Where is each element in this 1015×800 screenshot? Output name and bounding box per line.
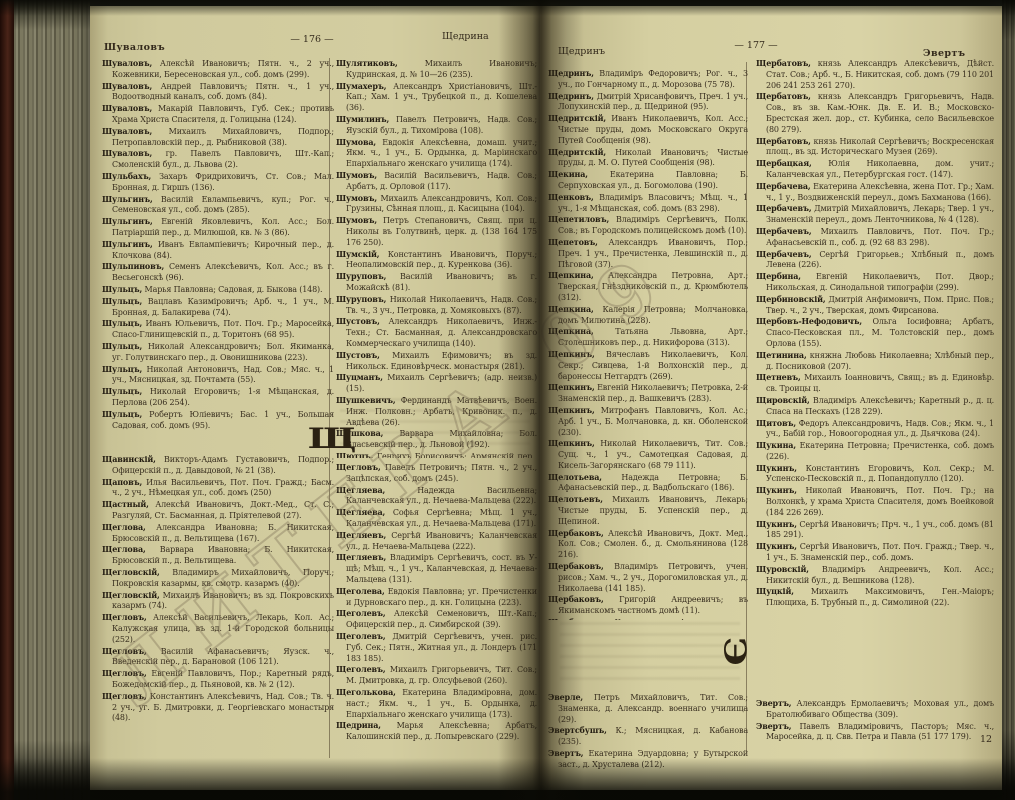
directory-entry: Щербатовъ, князь Николай Сергѣевичъ; Вос…: [756, 136, 994, 159]
directory-entry: Щербатовъ, князь Александръ Григорьевичъ…: [756, 91, 994, 135]
entry-details: Марья Павловна; Садовая, д. Быкова (148)…: [145, 285, 323, 294]
entry-surname: Шульцъ,: [102, 318, 142, 328]
entry-surname: Щедритскій,: [548, 113, 606, 123]
entry-surname: Шумилинъ,: [336, 114, 389, 124]
directory-entry: Щепкина, Татьяна Львовна, Арт.; Столешни…: [548, 326, 748, 349]
directory-entry: Щедритскій, Николай Ивановичъ; Чистые пр…: [548, 147, 748, 170]
entry-details: Сергѣй Ивановичъ, Пот. Поч. Гражд.; Твер…: [766, 542, 994, 562]
directory-entry: Щегловъ, Константинъ Алексѣевичъ, Над. С…: [102, 691, 334, 724]
entry-surname: Щедринъ,: [548, 68, 594, 78]
column-4-section-e: Эвертъ, Александръ Ермолаевичъ; Моховая …: [756, 698, 994, 760]
entry-surname: Шульцъ,: [102, 284, 142, 294]
directory-entry: Шуруповъ, Николай Николаевичъ, Надв. Сов…: [336, 294, 537, 317]
section-letter-e: Э: [716, 637, 751, 666]
entry-surname: Шумовъ,: [336, 193, 377, 203]
column-1-section-shch: Щавинскій, Викторъ-Адамъ Густавовичъ, По…: [102, 454, 334, 776]
directory-entry: Щавинскій, Викторъ-Адамъ Густавовичъ, По…: [102, 454, 334, 477]
directory-entry: Щегловскій, Михаилъ Ивановичъ; въ зд. По…: [102, 590, 334, 613]
directory-entry: Щепкинъ, Николай Николаевичъ, Тит. Сов.;…: [548, 438, 748, 471]
sheet-signature-number: 12: [980, 734, 992, 745]
directory-entry: Эвертъ, Александръ Ермолаевичъ; Моховая …: [756, 698, 994, 721]
directory-entry: Шульпиновъ, Семенъ Алексѣевичъ, Кол. Асс…: [102, 261, 334, 284]
entry-details: Екатерина Петровна; Пречистенка, соб. до…: [766, 441, 994, 461]
directory-entry: Щукинъ, Константинъ Егоровичъ, Кол. Секр…: [756, 463, 994, 486]
entry-surname: Щировскій,: [756, 395, 810, 405]
directory-entry: Щетинина, княжна Любовь Николаевна; Хлѣб…: [756, 350, 994, 373]
directory-entry: Шуцманъ, Михаилъ Сергѣевичъ; (адр. неизв…: [336, 372, 537, 395]
directory-entry: Шуруповъ, Василій Ивановичъ; въ г. Можай…: [336, 271, 537, 294]
directory-entry: Шульцъ, Николай Александровичъ; Бол. Яки…: [102, 341, 334, 364]
directory-entry: Шустовъ, Михаилъ Ефимовичъ; въ зд. Никол…: [336, 350, 537, 373]
entry-surname: Щепкинъ,: [548, 382, 595, 392]
entry-surname: Шумахеръ,: [336, 81, 386, 91]
entry-surname: Шумова,: [336, 137, 376, 147]
directory-entry: Щуцкій, Михаилъ Максимовичъ, Ген.-Маіоръ…: [756, 586, 994, 609]
directory-entry: Щукинъ, Николай Ивановичъ, Пот. Поч. Гр.…: [756, 485, 994, 518]
entry-surname: Щегловскій,: [102, 590, 160, 600]
entry-surname: Шульгинъ,: [102, 216, 153, 226]
directory-entry: Щепетовъ, Александръ Ивановичъ, Пор.; Пр…: [548, 237, 748, 270]
directory-entry: Щеголевъ, Алексѣй Семеновичъ, Шт.-Кап.; …: [336, 608, 537, 631]
book-scan-photo: { "document": { "watermark": "ЛИТЕРА 09"…: [0, 0, 1015, 800]
directory-entry: Щербачевъ, Михаилъ Павловичъ, Пот. Поч. …: [756, 226, 994, 249]
directory-entry: Шуваловъ, Андрей Павловичъ; Пятн. ч., 1 …: [102, 81, 334, 104]
entry-surname: Щаповъ,: [102, 477, 142, 487]
directory-entry: Щенковъ, Владиміръ Власовичъ; Мѣщ. ч., 1…: [548, 192, 748, 215]
entry-surname: Шульцъ,: [102, 386, 142, 396]
entry-surname: Щербаковъ,: [548, 617, 604, 620]
directory-entry: Щербовъ-Нефодовичъ, Ольга Іосифовна; Арб…: [756, 316, 994, 349]
directory-entry: Шустовъ, Александръ Николаевичъ, Инж.-Те…: [336, 316, 537, 349]
entry-details: Сергѣй Ивановичъ; Прч. ч., 1 уч., соб. д…: [766, 520, 994, 540]
entry-surname: Шустовъ,: [336, 350, 380, 360]
entry-surname: Щербаковъ,: [548, 594, 604, 604]
directory-entry: Щегловскій, Владимиръ Михайловичъ, Поруч…: [102, 567, 334, 590]
entry-details: Михаилъ Максимовичъ, Ген.-Маіоръ; Плющих…: [766, 587, 994, 607]
entry-surname: Шульбахъ,: [102, 171, 151, 181]
directory-entry: Щербачевъ, Сергѣй Григорьев.; Хлѣбный п.…: [756, 249, 994, 272]
column-2-section-shch: Щегловъ, Павелъ Петровичъ; Пятн. ч., 2 у…: [336, 462, 537, 762]
entry-surname: Щепкинъ,: [548, 349, 595, 359]
entry-surname: Эвертсбушъ,: [548, 725, 607, 735]
directory-entry: Шульгинъ, Евгеній Яковлевичъ, Кол. Асс.;…: [102, 216, 334, 239]
directory-entry: Эвертсбушъ, К.; Мясницкая, д. Кабанова (…: [548, 725, 748, 748]
directory-entry: Шульбахъ, Захаръ Фридриховичъ, Ст. Сов.;…: [102, 171, 334, 194]
entry-details: Николай Антоновичъ, Над. Сов.; Мяс. ч., …: [112, 365, 334, 385]
directory-entry: Щеголькова, Екатерина Владиміровна, дом.…: [336, 687, 537, 720]
entry-surname: Щепетовъ,: [548, 237, 598, 247]
directory-entry: Щетневъ, Михаилъ Іоанновичъ, Свящ.; въ д…: [756, 372, 994, 395]
entry-surname: Щербаковъ,: [548, 528, 604, 538]
directory-entry: Щеголевъ, Михаилъ Григорьевичъ, Тит. Сов…: [336, 664, 537, 687]
entry-surname: Щегляева,: [336, 507, 385, 517]
entry-surname: Шуваловъ,: [102, 81, 152, 91]
directory-entry: Щепетиловъ, Владиміръ Сергѣевичъ, Полк. …: [548, 214, 748, 237]
entry-details: Евгеній Николаевичъ, Пот. Двор.; Никольс…: [766, 272, 994, 292]
directory-entry: Шумилинъ, Павелъ Петровичъ, Надв. Сов.; …: [336, 114, 537, 137]
directory-entry: Щегляевъ, Владиміръ Сергѣевичъ, сост. въ…: [336, 552, 537, 585]
entry-surname: Щетневъ,: [756, 372, 801, 382]
entry-surname: Щеглова,: [102, 522, 146, 532]
entry-surname: Шуруповъ,: [336, 271, 386, 281]
directory-entry: Шуваловъ, Михаилъ Михайловичъ, Подпор.; …: [102, 126, 334, 149]
entry-surname: Шуваловъ,: [102, 103, 152, 113]
directory-entry: Щаповъ, Илья Васильевичъ, Пот. Поч. Граж…: [102, 477, 334, 500]
entry-surname: Щенковъ,: [548, 192, 594, 202]
directory-entry: Шумовъ, Михаилъ Александровичъ, Кол. Сов…: [336, 193, 537, 216]
directory-entry: Щепкинъ, Митрофанъ Павловичъ, Кол. Ас.; …: [548, 405, 748, 438]
directory-entry: Шушкевичъ, Фердинандъ Матвѣевичъ, Воен. …: [336, 395, 537, 428]
entry-surname: Шуваловъ,: [102, 126, 152, 136]
running-head-left-keyword: Шуваловъ: [104, 42, 165, 53]
directory-entry: Щепкина, Калерія Петровна; Молчановка, д…: [548, 304, 748, 327]
entry-surname: Щелотьева,: [548, 472, 602, 482]
entry-surname: Щавинскій,: [102, 454, 156, 464]
book-spine: [0, 0, 14, 800]
entry-surname: Шульгинъ,: [102, 194, 153, 204]
entry-surname: Щегловскій,: [102, 567, 160, 577]
directory-entry: Шульцъ, Николай Антоновичъ, Над. Сов.; М…: [102, 364, 334, 387]
directory-entry: Щербаковъ, Григорій Андреевичъ; въ Якима…: [548, 594, 748, 617]
entry-surname: Щербатовъ,: [756, 58, 811, 68]
directory-entry: Шульцъ, Вацлавъ Казиміровичъ; Арб. ч., 1…: [102, 296, 334, 319]
entry-surname: Щегловъ,: [102, 646, 147, 656]
entry-surname: Щербаковъ,: [548, 561, 604, 571]
directory-entry: Щукина, Екатерина Петровна; Пречистенка,…: [756, 440, 994, 463]
section-letter-shch: Щ: [308, 422, 357, 455]
directory-entry: Шумовъ, Петръ Степановичъ, Свящ. при ц. …: [336, 215, 537, 248]
directory-entry: Щегловъ, Евгеній Павловичъ, Пор.; Каретн…: [102, 668, 334, 691]
entry-details: Николай Ивановичъ, Пот. Поч. Гр.; на Вол…: [766, 486, 994, 517]
directory-entry: Щукинъ, Сергѣй Ивановичъ; Прч. ч., 1 уч.…: [756, 519, 994, 542]
entry-surname: Щепкинъ,: [548, 405, 595, 415]
entry-surname: Щетинина,: [756, 350, 807, 360]
entry-surname: Шульцъ,: [102, 296, 142, 306]
entry-surname: Эвертъ,: [548, 748, 583, 758]
entry-surname: Эверле,: [548, 692, 583, 702]
directory-entry: Шульцъ, Марья Павловна; Садовая, д. Быко…: [102, 284, 334, 296]
directory-entry: Шульгинъ, Василій Евлампьевичъ, куп.; Ро…: [102, 194, 334, 217]
directory-entry: Щепкинъ, Вячеславъ Николаевичъ, Кол. Сек…: [548, 349, 748, 382]
directory-entry: Шумова, Евдокія Алексѣевна, домаш. учит.…: [336, 137, 537, 170]
entry-surname: Шуцманъ,: [336, 372, 383, 382]
entry-surname: Щеголева,: [336, 586, 385, 596]
column-3-section-e: Эверле, Петръ Михайловичъ, Тит. Сов.; Зн…: [548, 692, 748, 780]
directory-entry: Щукинъ, Сергѣй Ивановичъ, Пот. Поч. Граж…: [756, 541, 994, 564]
entry-surname: Шуваловъ,: [102, 148, 152, 158]
directory-entry: Щелотьевъ, Михаилъ Ивановичъ, Лекарь; Чи…: [548, 494, 748, 527]
directory-entry: Щербацкая, Юлія Николаевна, дом. учит.; …: [756, 158, 994, 181]
directory-entry: Шушкова, Варвара Михайловна; Бол. Власье…: [336, 428, 537, 451]
entry-surname: Шумовъ,: [336, 170, 377, 180]
directory-entry: Эвертъ, Екатерина Эдуардовна; у Бутырско…: [548, 748, 748, 771]
directory-entry: Щедрина, Марья Алексѣевна; Арбатъ, Калош…: [336, 720, 537, 743]
entry-surname: Щегляева,: [336, 485, 385, 495]
directory-entry: Щеглова, Варвара Ивановна; Б. Никитская,…: [102, 544, 334, 567]
page-176: Шуваловъ — 176 — Щедрина Шуваловъ, Алекс…: [90, 6, 540, 790]
entry-details: Павелъ Владиміровичъ, Пасторъ; Мяс. ч., …: [766, 722, 994, 742]
entry-surname: Щеголевъ,: [336, 631, 386, 641]
entry-surname: Щуцкій,: [756, 586, 794, 596]
directory-entry: Щербачева, Екатерина Алексѣевна, жена По…: [756, 181, 994, 204]
entry-surname: Щедрина,: [336, 720, 381, 730]
directory-entry: Щеголевъ, Дмитрій Сергѣевичъ, учен. рис.…: [336, 631, 537, 664]
directory-entry: Щепкина, Александра Петровна, Арт.; Твер…: [548, 270, 748, 303]
entry-surname: Щеголевъ,: [336, 664, 386, 674]
directory-entry: Шумахеръ, Александръ Христіановичъ, Шт.-…: [336, 81, 537, 114]
entry-details: Николай Егоровичъ; 1-я Мѣщанская, д. Пер…: [112, 387, 334, 407]
directory-entry: Шульцъ, Николай Егоровичъ; 1-я Мѣщанская…: [102, 386, 334, 409]
directory-entry: Щегляевъ, Сергѣй Ивановичъ; Каланчевская…: [336, 530, 537, 553]
entry-details: Генрихъ Борисовичъ; Армянскій пер., дом.…: [346, 452, 537, 458]
entry-surname: Щегляевъ,: [336, 552, 386, 562]
directory-entry: Щегловъ, Алексѣй Васильевичъ, Лекарь, Ко…: [102, 612, 334, 645]
entry-surname: Щегловъ,: [102, 612, 147, 622]
directory-entry: Щегляева, Надежда Васильевна; Каланчевск…: [336, 485, 537, 508]
bleed-through-text: [560, 622, 740, 682]
entry-surname: Шульгинъ,: [102, 239, 153, 249]
directory-entry: Щербаковъ, Константинъ Александровичъ Ар…: [548, 617, 748, 620]
column-rule: [329, 58, 330, 758]
entry-surname: Шуруповъ,: [336, 294, 386, 304]
entry-surname: Шумскій,: [336, 249, 379, 259]
running-head-page-number: — 177 —: [706, 40, 806, 51]
directory-entry: Щегловъ, Василій Афанасьевичъ; Яузск. ч.…: [102, 646, 334, 669]
page-edges-left: [14, 0, 90, 800]
directory-entry: Щербачевъ, Дмитрій Михайловичъ, Лекарь; …: [756, 203, 994, 226]
directory-entry: Шульгинъ, Иванъ Евлампіевичъ; Кирочный п…: [102, 239, 334, 262]
directory-entry: Щербина, Евгеній Николаевичъ, Пот. Двор.…: [756, 271, 994, 294]
entry-surname: Щастный,: [102, 499, 149, 509]
entry-surname: Щукинъ,: [756, 519, 797, 529]
directory-entry: Щербаковъ, Владиміръ Петровичъ, учен. ри…: [548, 561, 748, 594]
directory-entry: Шулятиковъ, Михаилъ Ивановичъ; Кудринска…: [336, 58, 537, 81]
entry-surname: Щепкина,: [548, 326, 594, 336]
entry-surname: Шушкевичъ,: [336, 395, 396, 405]
entry-surname: Шустовъ,: [336, 316, 380, 326]
entry-surname: Шулятиковъ,: [336, 58, 398, 68]
directory-entry: Щеголева, Евдокія Павловна; уг. Пречисте…: [336, 586, 537, 609]
directory-entry: Шуваловъ, Алексѣй Ивановичъ; Пятн. ч., 2…: [102, 58, 334, 81]
directory-entry: Шуваловъ, гр. Павелъ Павловичъ, Шт.-Кап.…: [102, 148, 334, 171]
entry-surname: Щукинъ,: [756, 463, 797, 473]
entry-surname: Щербатовъ,: [756, 91, 811, 101]
entry-surname: Шульцъ,: [102, 341, 142, 351]
directory-entry: Щастный, Алексѣй Ивановичъ, Докт.-Мед., …: [102, 499, 334, 522]
entry-surname: Щукинъ,: [756, 541, 797, 551]
directory-entry: Шумовъ, Василій Васильевичъ, Надв. Сов.;…: [336, 170, 537, 193]
directory-entry: Щедритскій, Иванъ Николаевичъ, Кол. Асс.…: [548, 113, 748, 146]
entry-surname: Эвертъ,: [756, 698, 791, 708]
entry-surname: Щукина,: [756, 440, 796, 450]
column-1-section-sh: Шуваловъ, Алексѣй Ивановичъ; Пятн. ч., 2…: [102, 58, 334, 452]
directory-entry: Щербаковъ, Алексѣй Ивановичъ, Докт. Мед.…: [548, 528, 748, 561]
directory-entry: Эверле, Петръ Михайловичъ, Тит. Сов.; Зн…: [548, 692, 748, 725]
entry-surname: Шумовъ,: [336, 215, 377, 225]
entry-surname: Шульцъ,: [102, 409, 142, 419]
entry-surname: Щегляевъ,: [336, 530, 386, 540]
directory-entry: Шульцъ, Робертъ Юліевичъ; Бас. 1 уч., Бо…: [102, 409, 334, 432]
entry-details: Александръ Ермолаевичъ; Моховая ул., дом…: [766, 699, 994, 719]
entry-surname: Щуровскій,: [756, 564, 809, 574]
entry-details: Екатерина Эдуардовна; у Бутырской заст.,…: [558, 749, 748, 769]
page-edges-right: [1002, 0, 1015, 800]
entry-surname: Щелотьевъ,: [548, 494, 603, 504]
running-head-left-keyword: Щедринъ: [558, 46, 605, 57]
directory-entry: Щегловъ, Павелъ Петровичъ; Пятн. ч., 2 у…: [336, 462, 537, 485]
entry-surname: Эвертъ,: [756, 721, 791, 731]
entry-surname: Щекина,: [548, 169, 588, 179]
directory-entry: Щуровскій, Владиміръ Андреевичъ, Кол. Ас…: [756, 564, 994, 587]
entry-surname: Шульцъ,: [102, 364, 142, 374]
entry-details: Илья Васильевичъ, Пот. Поч. Гражд.; Басм…: [112, 478, 334, 498]
entry-surname: Щепетиловъ,: [548, 214, 609, 224]
entry-details: Петръ Михайловичъ, Тит. Сов.; Знаменка, …: [558, 693, 748, 724]
directory-entry: Щитовъ, Федоръ Александровичъ, Надв. Сов…: [756, 418, 994, 441]
entry-surname: Щербина,: [756, 271, 801, 281]
entry-surname: Щегловъ,: [102, 691, 147, 701]
directory-entry: Щировскій, Владиміръ Алексѣевичъ; Каретн…: [756, 395, 994, 418]
entry-surname: Щербачевъ,: [756, 226, 811, 236]
directory-entry: Щекина, Екатерина Павловна; Б. Серпуховс…: [548, 169, 748, 192]
entry-surname: Шуваловъ,: [102, 58, 152, 68]
directory-entry: Щеглова, Александра Ивановна; Б. Никитск…: [102, 522, 334, 545]
entry-details: Михаилъ Іоанновичъ, Свящ.; въ д. Единовѣ…: [766, 373, 994, 393]
entry-surname: Щедритскій,: [548, 147, 606, 157]
directory-entry: Щедринъ, Дмитрій Хрисанфовичъ, Преч. 1 у…: [548, 91, 748, 114]
page-177: Щедринъ — 177 — Эвертъ Щедринъ, Владимір…: [540, 6, 1002, 790]
entry-surname: Щеглова,: [102, 544, 146, 554]
entry-surname: Щедринъ,: [548, 91, 594, 101]
entry-surname: Щитовъ,: [756, 418, 796, 428]
directory-entry: Щепкинъ, Евгеній Николаевичъ; Петровка, …: [548, 382, 748, 405]
entry-surname: Щепкинъ,: [548, 438, 595, 448]
entry-details: Вацлавъ Казиміровичъ; Арб. ч., 1 уч., М.…: [112, 297, 334, 317]
entry-surname: Щепкина,: [548, 304, 594, 314]
column-2-section-sh: Шулятиковъ, Михаилъ Ивановичъ; Кудринска…: [336, 58, 537, 458]
entry-surname: Щукинъ,: [756, 485, 797, 495]
entry-surname: Щербачева,: [756, 181, 811, 191]
entry-surname: Щербачевъ,: [756, 203, 811, 213]
directory-entry: Шуваловъ, Макарій Павловичъ, Губ. Сек.; …: [102, 103, 334, 126]
running-head-right-keyword: Щедрина: [442, 31, 489, 42]
directory-entry: Щегляева, Софья Сергѣевна; Мѣщ. 1 уч., К…: [336, 507, 537, 530]
directory-entry: Щербатовъ, князь Александръ Алексѣевичъ,…: [756, 58, 994, 91]
entry-surname: Шульпиновъ,: [102, 261, 164, 271]
directory-entry: Щедринъ, Владиміръ Федоровичъ; Рог. ч., …: [548, 68, 748, 91]
entry-surname: Щегловъ,: [336, 462, 381, 472]
directory-entry: Шульцъ, Иванъ Юльевичъ, Пот. Поч. Гр.; М…: [102, 318, 334, 341]
entry-details: Иванъ Юльевичъ, Пот. Поч. Гр.; Маросейка…: [112, 319, 334, 339]
entry-details: Робертъ Юліевичъ; Бас. 1 уч., Большая Са…: [112, 410, 334, 430]
entry-details: Александра Ивановна; Б. Никитская, Брюсо…: [112, 523, 334, 543]
directory-entry: Эвертъ, Павелъ Владиміровичъ, Пасторъ; М…: [756, 721, 994, 744]
directory-entry: Шумскій, Константинъ Ивановичъ, Поруч.; …: [336, 249, 537, 272]
directory-entry: Щелотьева, Надежда Петровна; Б. Афанасье…: [548, 472, 748, 495]
entry-surname: Щербовъ-Нефодовичъ,: [756, 316, 862, 326]
entry-surname: Щербацкая,: [756, 158, 812, 168]
entry-surname: Щербатовъ,: [756, 136, 811, 146]
entry-details: Варвара Ивановна; Б. Никитская, Брюсовск…: [112, 545, 334, 565]
column-4-section-shch: Щербатовъ, князь Александръ Алексѣевичъ,…: [756, 58, 994, 678]
entry-surname: Щербачевъ,: [756, 249, 811, 259]
entry-surname: Щербиновскій,: [756, 294, 826, 304]
entry-details: Константинъ Егоровичъ, Кол. Секр.; М. Ус…: [766, 464, 994, 484]
directory-entry: Щербиновскій, Дмитрій Анфимовичъ, Пом. П…: [756, 294, 994, 317]
entry-surname: Щеголевъ,: [336, 608, 386, 618]
running-head-page-number: — 176 —: [262, 34, 362, 45]
column-3-section-shch: Щедринъ, Владиміръ Федоровичъ; Рог. ч., …: [548, 68, 748, 620]
entry-details: Николай Александровичъ; Бол. Якиманка, у…: [112, 342, 334, 362]
entry-surname: Щеголькова,: [336, 687, 396, 697]
entry-surname: Щепкина,: [548, 270, 594, 280]
entry-surname: Щегловъ,: [102, 668, 147, 678]
directory-entry: Шютцъ, Генрихъ Борисовичъ; Армянскій пер…: [336, 451, 537, 458]
entry-details: Федоръ Александровичъ, Надв. Сов.; Якм. …: [766, 419, 994, 439]
